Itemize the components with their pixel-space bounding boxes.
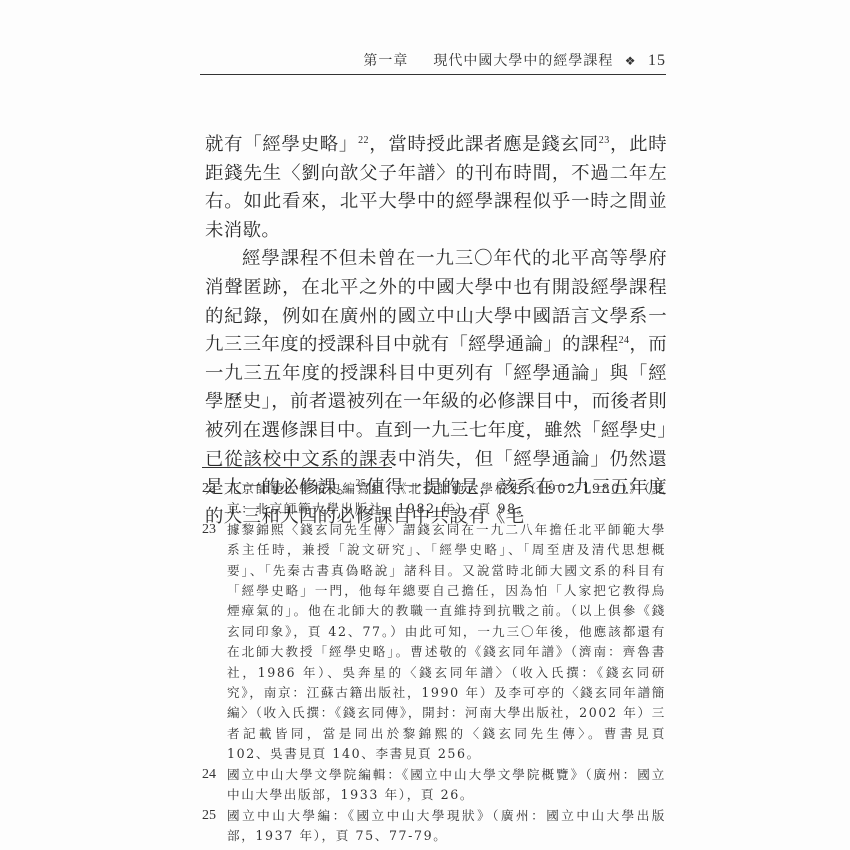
footnote-text: 國立中山大學文學院編輯：《國立中山大學文學院概覽》（廣州：國立中山大學出版部，1…: [227, 765, 666, 806]
text-run: ，而一九三五年度的授課科目中更列有「經學通論」與「經學歷史」，前者還被列在一年級…: [205, 334, 667, 498]
footnote-number: 25: [202, 806, 227, 847]
footnote-22: 22 北京師範大學校史編寫組：《北京師範大學校史（1902-1980）》（北京：…: [202, 479, 666, 520]
chapter-label: 第一章: [363, 53, 408, 69]
page-number: 15: [648, 52, 666, 69]
footnote-24: 24 國立中山大學文學院編輯：《國立中山大學文學院概覽》（廣州：國立中山大學出版…: [202, 765, 666, 806]
body-text: 就有「經學史略」22，當時授此課者應是錢玄同23，此時距錢先生〈劉向歆父子年譜〉…: [205, 131, 667, 531]
footnote-23: 23 據黎錦熙〈錢玄同先生傳〉謂錢玄同在一九二八年擔任北平師範大學系主任時，兼授…: [202, 520, 666, 765]
footnotes: 22 北京師範大學校史編寫組：《北京師範大學校史（1902-1980）》（北京：…: [202, 479, 666, 846]
paragraph-1: 就有「經學史略」22，當時授此課者應是錢玄同23，此時距錢先生〈劉向歆父子年譜〉…: [205, 131, 667, 245]
footnote-divider: [202, 467, 392, 468]
footnote-number: 22: [202, 479, 227, 520]
text-run: ，當時授此課者應是錢玄同: [369, 134, 599, 155]
footnote-25: 25 國立中山大學編：《國立中山大學現狀》（廣州：國立中山大學出版部，1937 …: [202, 806, 666, 847]
chapter-title: 現代中國大學中的經學課程: [433, 53, 613, 69]
book-page: 第一章 現代中國大學中的經學課程 ❖ 15 就有「經學史略」22，當時授此課者應…: [0, 0, 850, 850]
footnote-text: 國立中山大學編：《國立中山大學現狀》（廣州：國立中山大學出版部，1937 年），…: [227, 806, 666, 847]
footnote-number: 24: [202, 765, 227, 806]
footnote-number: 23: [202, 520, 227, 765]
footnote-ref-22[interactable]: 22: [358, 135, 369, 146]
footnote-ref-23[interactable]: 23: [599, 135, 610, 146]
footnote-text: 據黎錦熙〈錢玄同先生傳〉謂錢玄同在一九二八年擔任北平師範大學系主任時，兼授「說文…: [227, 520, 666, 765]
text-run: 就有「經學史略」: [205, 134, 358, 155]
footnote-text: 北京師範大學校史編寫組：《北京師範大學校史（1902-1980）》（北京：北京師…: [227, 479, 666, 520]
ornament-icon: ❖: [625, 54, 637, 68]
footnote-ref-24[interactable]: 24: [619, 335, 630, 346]
text-run: 經學課程不但未曾在一九三〇年代的北平高等學府消聲匿跡，在北平之外的中國大學中也有…: [205, 248, 667, 355]
running-head: 第一章 現代中國大學中的經學課程 ❖ 15: [200, 52, 666, 75]
